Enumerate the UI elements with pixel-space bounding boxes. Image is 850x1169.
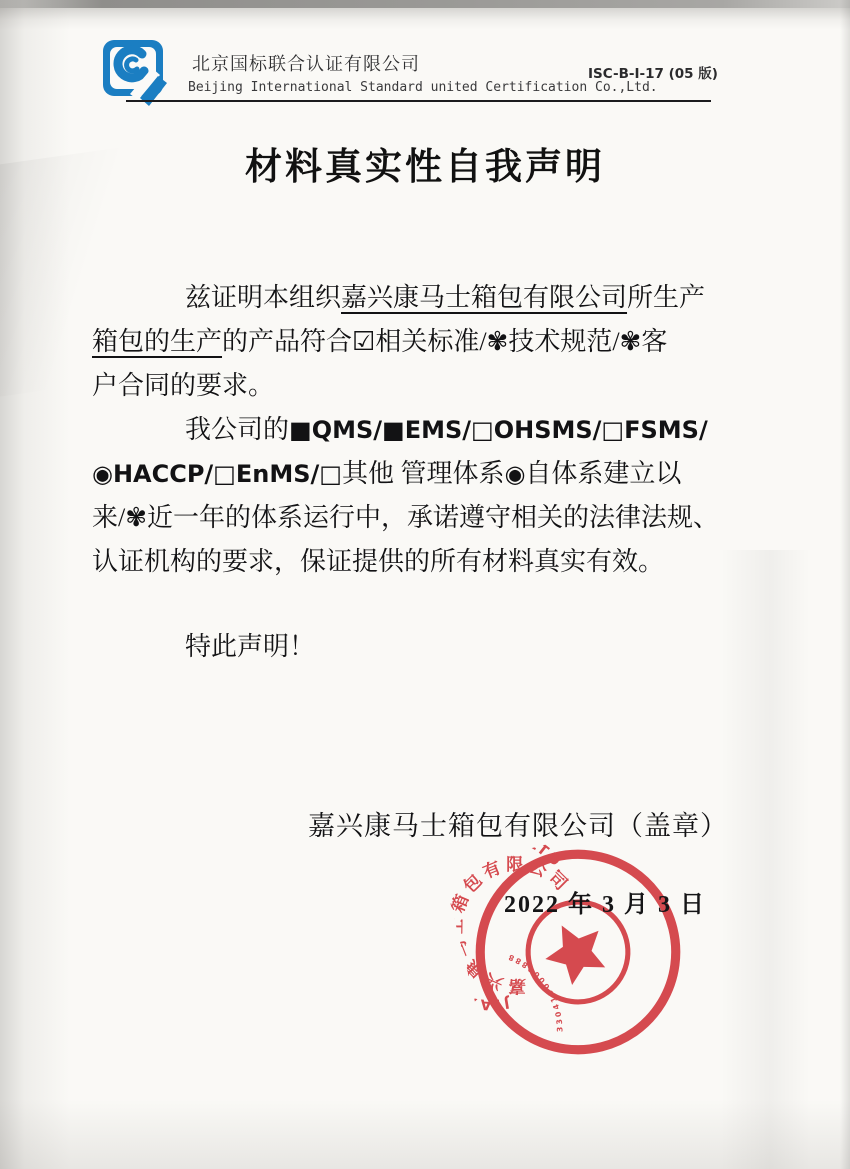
paragraph2-line3: 来/✾近一年的体系运行中，承诺遵守相关的法律法规、 [92, 496, 757, 540]
company-seal-stamp: JIAXING KANMASH BAGS CO.,LTD. 嘉兴康马士箱包有限公… [442, 816, 714, 1088]
document-code: ISC-B-I-17 (05 版) [588, 62, 718, 82]
paper-crease [720, 550, 810, 1169]
p2-line2c: 自体系建立以 [525, 459, 681, 488]
signature-date: 2022 年 3 月 3 日 [504, 884, 706, 919]
p2-lead: 我公司的 [185, 415, 289, 444]
p1-lead: 兹证明本组织 [185, 283, 341, 312]
svg-text:嘉兴康马士箱包有限公司: 嘉兴康马士箱包有限公司 [442, 840, 597, 1012]
system-checkboxes-1: ■QMS/■EMS/□OHSMS/□FSMS/ [289, 416, 708, 444]
seal-star-icon [535, 911, 615, 990]
scan-edge-top-shadow [0, 8, 850, 30]
scanned-document-page: 北京国标联合认证有限公司 Beijing International Stand… [0, 0, 850, 1169]
header-rule [126, 100, 711, 102]
bullet-symbol: ◉ [504, 460, 525, 488]
p1-line2-rest: 的产品符合☑相关标准/✾技术规范/✾客 [222, 327, 667, 356]
paragraph1-line3: 户合同的要求。 [92, 364, 757, 408]
organization-name-underlined: 嘉兴康马士箱包有限公司 [341, 283, 627, 312]
closing-statement: 特此声明！ [185, 626, 315, 663]
declaration-body: 兹证明本组织嘉兴康马士箱包有限公司所生产 箱包的生产的产品符合☑相关标准/✾技术… [92, 276, 757, 584]
paragraph2-line1: 我公司的■QMS/■EMS/□OHSMS/□FSMS/ [92, 408, 757, 452]
paragraph1-line1: 兹证明本组织嘉兴康马士箱包有限公司所生产 [92, 276, 757, 320]
signature-company-line: 嘉兴康马士箱包有限公司（盖章） [308, 804, 728, 843]
p1-after-org: 所生产 [627, 283, 705, 312]
company-name-en: Beijing International Standard united Ce… [188, 80, 658, 95]
company-name-cn: 北京国标联合认证有限公司 [192, 50, 420, 76]
paragraph2-line2: ◉HACCP/□EnMS/□其他 管理体系◉自体系建立以 [92, 452, 757, 496]
scan-edge-top [0, 0, 850, 8]
system-checkboxes-2: ◉HACCP/□EnMS/□ [92, 460, 342, 488]
seal-arc-text-cn: 嘉兴康马士箱包有限公司 [442, 840, 597, 1012]
scope-underlined: 箱包的生产 [92, 327, 222, 356]
paper-bottom-shadow [0, 1099, 850, 1169]
paragraph2-line4: 认证机构的要求，保证提供的所有材料真实有效。 [92, 540, 757, 584]
page-title: 材料真实性自我声明 [0, 136, 850, 190]
paragraph1-line2: 箱包的生产的产品符合☑相关标准/✾技术规范/✾客 [92, 320, 757, 364]
p2-line2b: 其他 管理体系 [342, 459, 505, 488]
